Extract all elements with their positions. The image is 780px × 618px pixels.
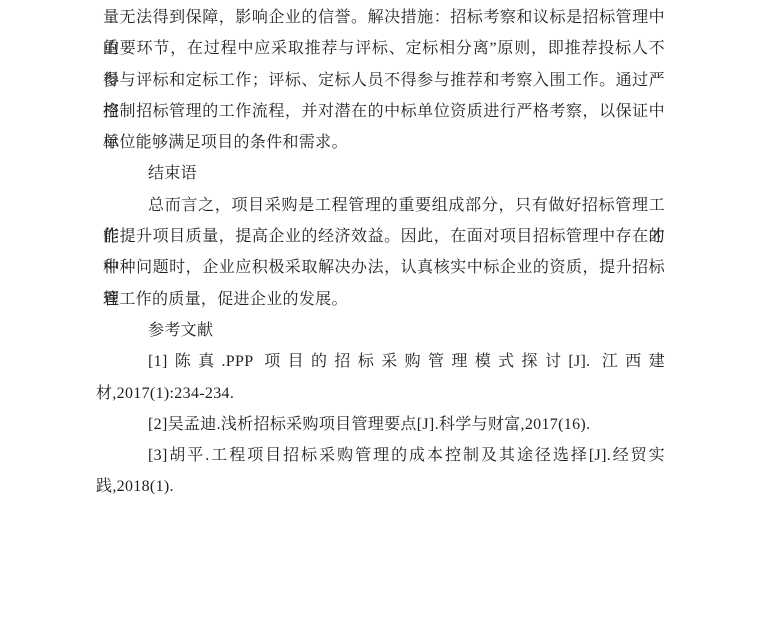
para-solution-line-4: 控制招标管理的工作流程，并对潜在的中标单位资质进行严格考察，以保证中标 (103, 96, 665, 127)
heading-references: 参考文献 (103, 315, 665, 346)
para-solution-line-1: 量无法得到保障，影响企业的信誉。解决措施：招标考察和议标是招标管理中的 (103, 2, 665, 33)
para-conclusion-line-1: 总而言之，项目采购是工程管理的重要组成部分，只有做好招标管理工作才 (103, 190, 665, 221)
page-text-block: 量无法得到保障，影响企业的信誉。解决措施：招标考察和议标是招标管理中的 重要环节… (103, 2, 665, 503)
reference-3-line-1: [3]胡平.工程项目招标采购管理的成本控制及其途径选择[J].经贸实 (103, 440, 665, 471)
para-conclusion-line-2: 能提升项目质量，提高企业的经济效益。因此，在面对项目招标管理中存在的中 (103, 221, 665, 252)
reference-1-line-1: [1]陈真.PPP 项目的招标采购管理模式探讨[J]. 江西建 (103, 346, 665, 377)
document-page: 量无法得到保障，影响企业的信誉。解决措施：招标考察和议标是招标管理中的 重要环节… (0, 0, 780, 618)
para-conclusion-line-3: 种种问题时，企业应积极采取解决办法，认真核实中标企业的资质，提升招标管 (103, 252, 665, 283)
reference-3-line-2: 践,2018(1). (96, 471, 665, 502)
para-solution-line-2: 重要环节，在过程中应采取推荐与评标、定标相分离”原则，即推荐投标人不得 (103, 33, 665, 64)
reference-1-line-2: 材,2017(1):234-234. (96, 378, 665, 409)
reference-2: [2]吴孟迪.浅析招标采购项目管理要点[J].科学与财富,2017(16). (103, 409, 665, 440)
para-solution-line-5: 单位能够满足项目的条件和需求。 (103, 127, 665, 158)
para-solution-line-3: 参与评标和定标工作；评标、定标人员不得参与推荐和考察入围工作。通过严格 (103, 65, 665, 96)
para-conclusion-line-4: 理工作的质量，促进企业的发展。 (103, 284, 665, 315)
heading-conclusion: 结束语 (103, 158, 665, 189)
